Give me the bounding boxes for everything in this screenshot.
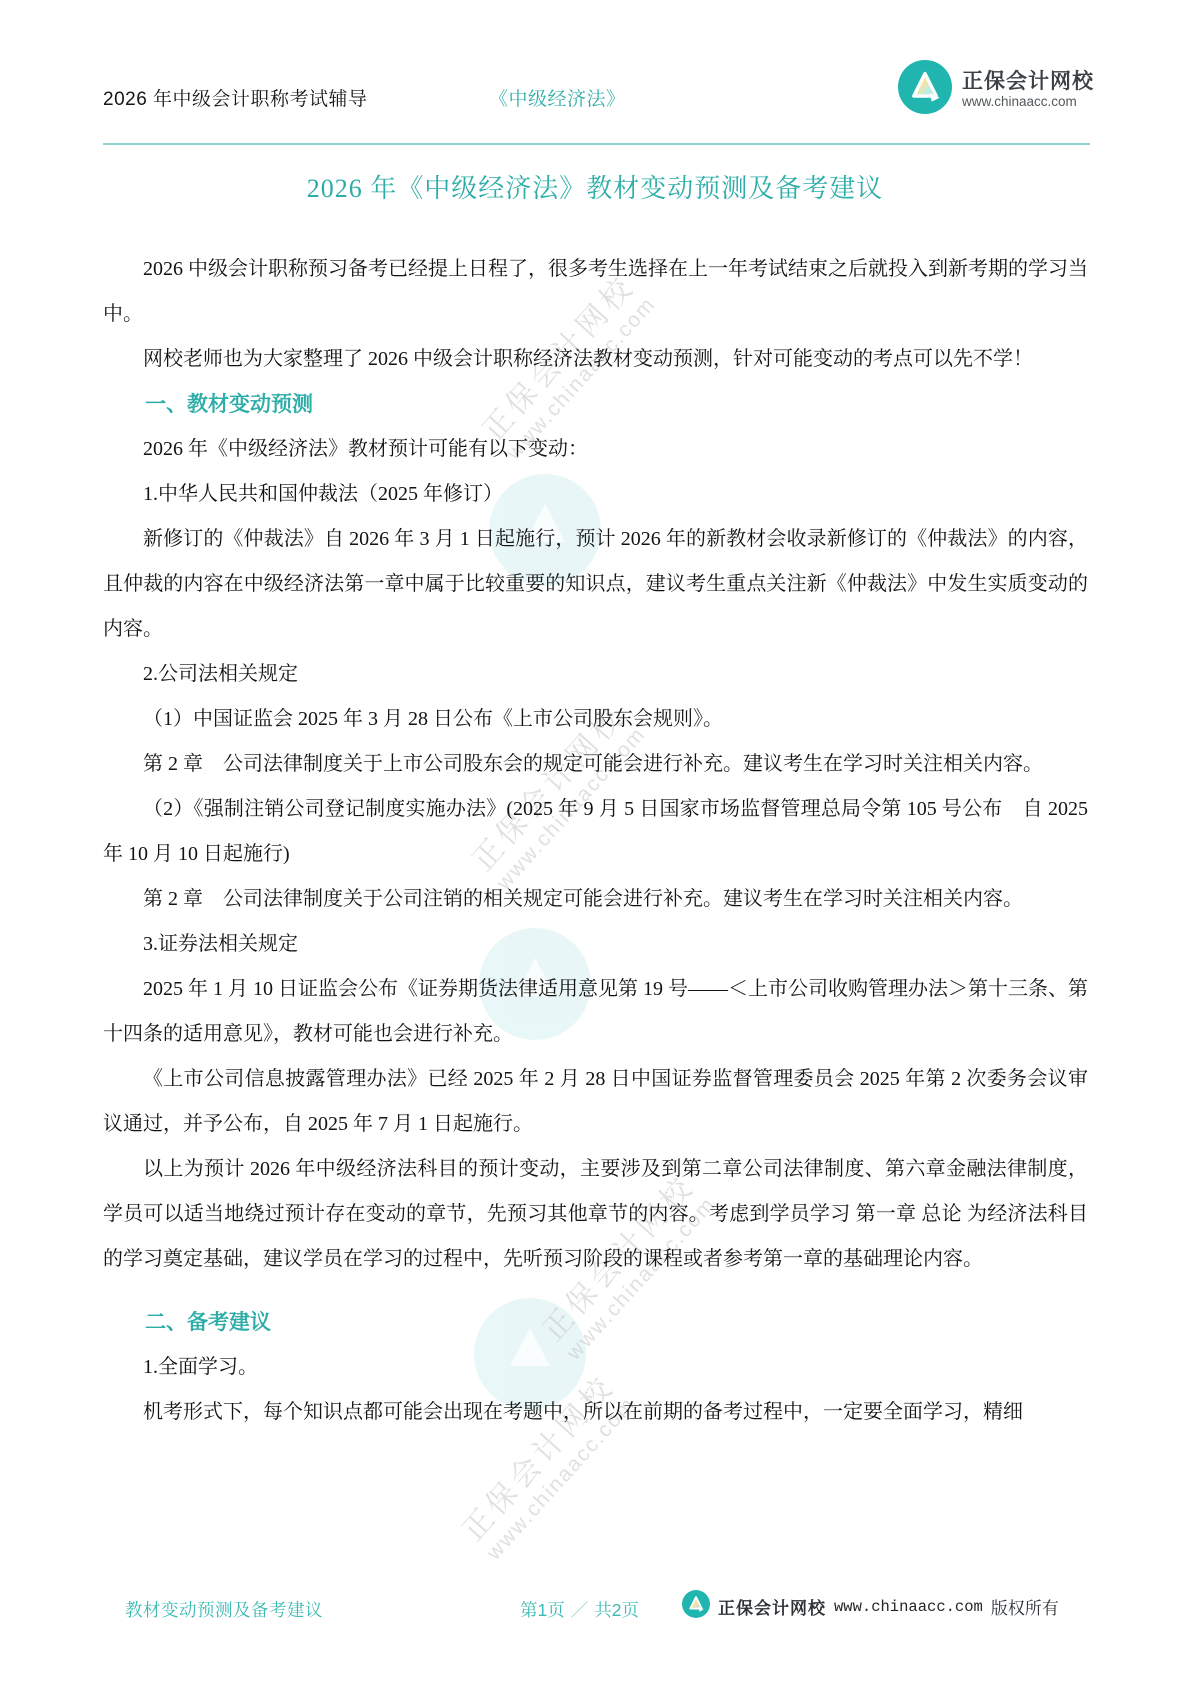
brand-text-block: 正保会计网校 www.chinaacc.com [962, 70, 1094, 110]
document-body: 2026 中级会计职称预习备考已经提上日程了，很多考生选择在上一年考试结束之后就… [103, 247, 1088, 1435]
page-title: 2026 年《中级经济法》教材变动预测及备考建议 [0, 168, 1190, 205]
paragraph: 2.公司法相关规定 [103, 652, 1088, 697]
paragraph: （1）中国证监会 2025 年 3 月 28 日公布《上市公司股东会规则》。 [103, 697, 1088, 742]
paragraph: 以上为预计 2026 年中级经济法科目的预计变动，主要涉及到第二章公司法律制度、… [103, 1147, 1088, 1282]
paragraph: 《上市公司信息披露管理办法》已经 2025 年 2 月 28 日中国证券监督管理… [103, 1057, 1088, 1147]
paragraph: 新修订的《仲裁法》自 2026 年 3 月 1 日起施行，预计 2026 年的新… [103, 517, 1088, 652]
footer-page-separator: ／ [565, 1600, 595, 1620]
footer-page-indicator: 第1页／共2页 [520, 1597, 639, 1622]
paragraph: 2025 年 1 月 10 日证监会公布《证券期货法律适用意见第 19 号——＜… [103, 967, 1088, 1057]
footer-brand-logo-icon [682, 1590, 710, 1623]
footer-copyright: 版权所有 [991, 1594, 1059, 1619]
paragraph: 1.全面学习。 [103, 1345, 1088, 1390]
footer-brand-name: 正保会计网校 [718, 1594, 826, 1619]
header-subject-title: 《中级经济法》 [489, 84, 626, 111]
footer-brand-url: www.chinaacc.com [834, 1598, 983, 1616]
paragraph: 3.证券法相关规定 [103, 922, 1088, 967]
footer-brand-block: 正保会计网校 www.chinaacc.com 版权所有 [682, 1590, 1059, 1623]
paragraph: 2026 年《中级经济法》教材预计可能有以下变动： [103, 427, 1088, 472]
brand-logo-icon [898, 60, 952, 119]
section-heading: 二、备考建议 [103, 1300, 1088, 1345]
paragraph: 网校老师也为大家整理了 2026 中级会计职称经济法教材变动预测，针对可能变动的… [103, 337, 1088, 382]
footer-page-current: 第1页 [520, 1600, 565, 1620]
footer-page-total: 共2页 [594, 1600, 639, 1620]
header-divider [103, 143, 1090, 145]
brand-logo-block: 正保会计网校 www.chinaacc.com [898, 60, 1094, 119]
section-heading: 一、教材变动预测 [103, 382, 1088, 427]
paragraph: 1.中华人民共和国仲裁法（2025 年修订） [103, 472, 1088, 517]
header-course-title: 2026 年中级会计职称考试辅导 [103, 84, 368, 111]
document-page: 正保会计网校 www.chinaacc.com 正保会计网校 www.china… [0, 0, 1190, 1683]
paragraph: 第 2 章 公司法律制度关于公司注销的相关规定可能会进行补充。建议考生在学习时关… [103, 877, 1088, 922]
brand-name: 正保会计网校 [962, 70, 1094, 94]
paragraph: 第 2 章 公司法律制度关于上市公司股东会的规定可能会进行补充。建议考生在学习时… [103, 742, 1088, 787]
paragraph: （2）《强制注销公司登记制度实施办法》(2025 年 9 月 5 日国家市场监督… [103, 787, 1088, 877]
footer-doc-title: 教材变动预测及备考建议 [125, 1597, 323, 1622]
paragraph: 机考形式下，每个知识点都可能会出现在考题中，所以在前期的备考过程中，一定要全面学… [103, 1390, 1088, 1435]
brand-url: www.chinaacc.com [962, 94, 1094, 110]
paragraph: 2026 中级会计职称预习备考已经提上日程了，很多考生选择在上一年考试结束之后就… [103, 247, 1088, 337]
